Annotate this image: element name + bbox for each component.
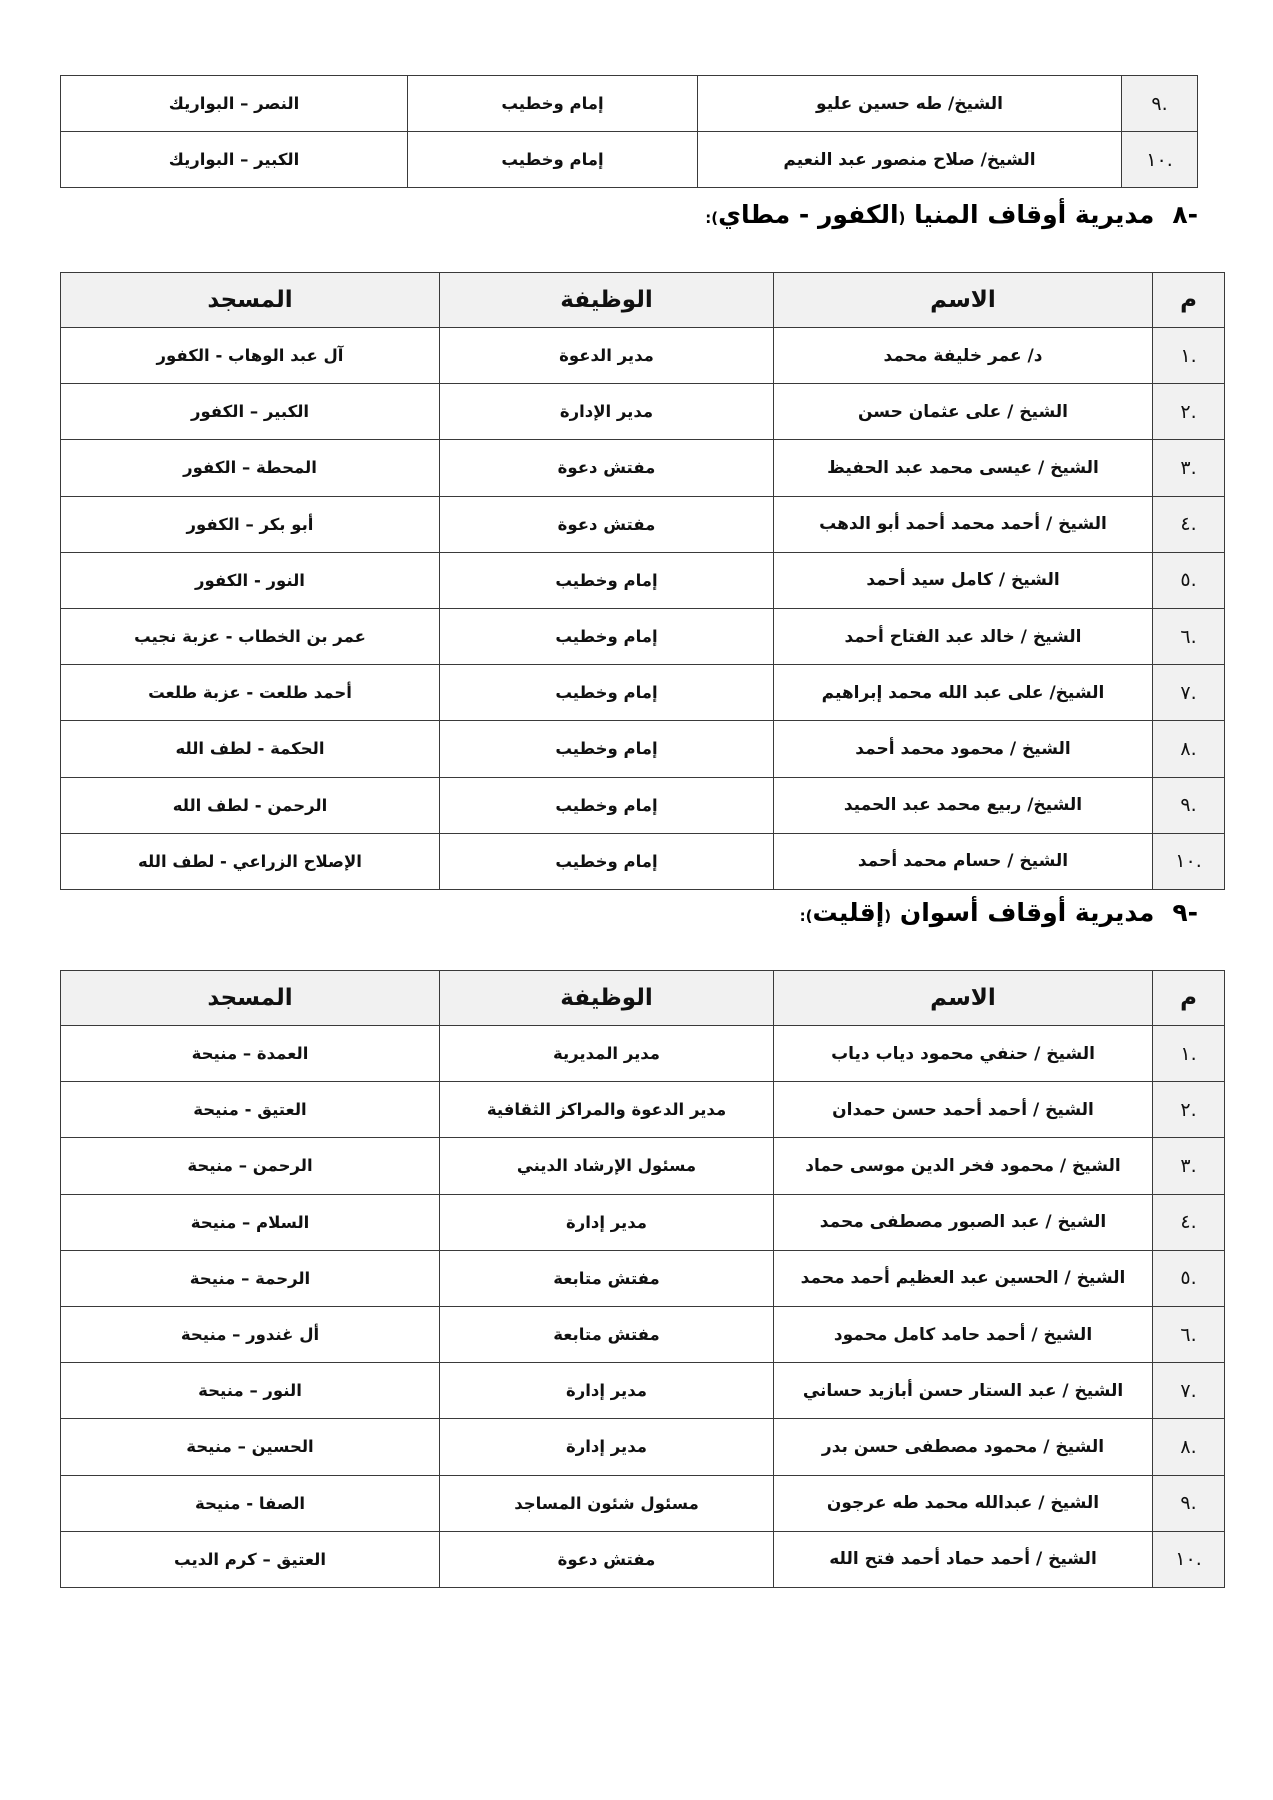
mosque-name: النور - الكفور xyxy=(61,552,440,608)
job-title: إمام وخطيب xyxy=(408,76,698,132)
table-row: .٧ الشيخ/ على عبد الله محمد إبراهيم إمام… xyxy=(61,665,1225,721)
person-name: الشيخ / حنفي محمود دياب دياب xyxy=(774,1026,1153,1082)
header-mosque: المسجد xyxy=(61,273,440,328)
person-name: الشيخ / كامل سيد أحمد xyxy=(774,552,1153,608)
table-row: .٢ الشيخ / على عثمان حسن مدير الإدارة ال… xyxy=(61,384,1225,440)
minya-staff-table: م الاسم الوظيفة المسجد .١ د/ عمر خليفة م… xyxy=(60,272,1225,890)
job-title: إمام وخطيب xyxy=(440,777,774,833)
job-title: مسئول الإرشاد الديني xyxy=(440,1138,774,1194)
mosque-name: الكبير – البواريك xyxy=(61,132,408,188)
header-job: الوظيفة xyxy=(440,971,774,1026)
job-title: مدير إدارة xyxy=(440,1194,774,1250)
paren-open: ( xyxy=(899,209,906,227)
person-name: الشيخ/ طه حسين عليو xyxy=(698,76,1122,132)
row-number: .٣ xyxy=(1153,440,1225,496)
row-number: .٧ xyxy=(1153,665,1225,721)
job-title: مدير المديرية xyxy=(440,1026,774,1082)
person-name: الشيخ / محمود محمد أحمد xyxy=(774,721,1153,777)
mosque-name: الرحمة – منيحة xyxy=(61,1250,440,1306)
job-title: إمام وخطيب xyxy=(440,833,774,889)
person-name: الشيخ / أحمد حماد أحمد فتح الله xyxy=(774,1531,1153,1587)
job-title: مفتش دعوة xyxy=(440,440,774,496)
table-row: .٧ الشيخ / عبد الستار حسن أبازيد حساني م… xyxy=(61,1363,1225,1419)
section-title: مديرية أوقاف المنيا xyxy=(914,200,1154,229)
table-row: .٦ الشيخ / خالد عبد الفتاح أحمد إمام وخط… xyxy=(61,608,1225,664)
mosque-name: الرحمن - لطف الله xyxy=(61,777,440,833)
table-row: .٥ الشيخ / كامل سيد أحمد إمام وخطيب النو… xyxy=(61,552,1225,608)
section-title: مديرية أوقاف أسوان xyxy=(900,898,1154,927)
row-number: .١٠ xyxy=(1122,132,1198,188)
job-title: مدير الدعوة xyxy=(440,328,774,384)
mosque-name: الحسين – منيحة xyxy=(61,1419,440,1475)
header-number: م xyxy=(1153,971,1225,1026)
person-name: الشيخ / عبدالله محمد طه عرجون xyxy=(774,1475,1153,1531)
table-row: .١ الشيخ / حنفي محمود دياب دياب مدير الم… xyxy=(61,1026,1225,1082)
row-number: .٤ xyxy=(1153,496,1225,552)
person-name: الشيخ / أحمد أحمد حسن حمدان xyxy=(774,1082,1153,1138)
job-title: مفتش دعوة xyxy=(440,496,774,552)
job-title: مدير الإدارة xyxy=(440,384,774,440)
table-row: .٨ الشيخ / محمود مصطفى حسن بدر مدير إدار… xyxy=(61,1419,1225,1475)
table-header-row: م الاسم الوظيفة المسجد xyxy=(61,273,1225,328)
person-name: الشيخ / أحمد محمد أحمد أبو الدهب xyxy=(774,496,1153,552)
job-title: إمام وخطيب xyxy=(440,665,774,721)
header-mosque: المسجد xyxy=(61,971,440,1026)
table-row: .٤ الشيخ / أحمد محمد أحمد أبو الدهب مفتش… xyxy=(61,496,1225,552)
job-title: مفتش متابعة xyxy=(440,1250,774,1306)
row-number: .٩ xyxy=(1153,777,1225,833)
row-number: .٦ xyxy=(1153,608,1225,664)
row-number: .٥ xyxy=(1153,552,1225,608)
mosque-name: أحمد طلعت - عزبة طلعت xyxy=(61,665,440,721)
person-name: د/ عمر خليفة محمد xyxy=(774,328,1153,384)
mosque-name: الإصلاح الزراعي - لطف الله xyxy=(61,833,440,889)
person-name: الشيخ / حسام محمد أحمد xyxy=(774,833,1153,889)
mosque-name: السلام – منيحة xyxy=(61,1194,440,1250)
row-number: .٤ xyxy=(1153,1194,1225,1250)
person-name: الشيخ / محمود مصطفى حسن بدر xyxy=(774,1419,1153,1475)
table-row: .٣ الشيخ / محمود فخر الدين موسى حماد مسئ… xyxy=(61,1138,1225,1194)
section-number: -٩ xyxy=(1172,898,1198,927)
mosque-name: المحطة – الكفور xyxy=(61,440,440,496)
paren-close: ): xyxy=(705,209,718,227)
person-name: الشيخ/ على عبد الله محمد إبراهيم xyxy=(774,665,1153,721)
table-row: .٥ الشيخ / الحسين عبد العظيم أحمد محمد م… xyxy=(61,1250,1225,1306)
person-name: الشيخ / عبد الصبور مصطفى محمد xyxy=(774,1194,1153,1250)
person-name: الشيخ/ ربيع محمد عبد الحميد xyxy=(774,777,1153,833)
table-row: .٩ الشيخ/ طه حسين عليو إمام وخطيب النصر … xyxy=(61,76,1198,132)
paren-close: ): xyxy=(800,907,813,925)
mosque-name: آل عبد الوهاب - الكفور xyxy=(61,328,440,384)
row-number: .١ xyxy=(1153,1026,1225,1082)
job-title: إمام وخطيب xyxy=(440,608,774,664)
job-title: إمام وخطيب xyxy=(440,552,774,608)
table-row: .٢ الشيخ / أحمد أحمد حسن حمدان مدير الدع… xyxy=(61,1082,1225,1138)
paren-open: ( xyxy=(884,907,891,925)
section-heading-aswan: -٩مديرية أوقاف أسوان (إقليت): xyxy=(800,898,1198,927)
mosque-name: الرحمن – منيحة xyxy=(61,1138,440,1194)
job-title: مسئول شئون المساجد xyxy=(440,1475,774,1531)
job-title: إمام وخطيب xyxy=(440,721,774,777)
table-header-row: م الاسم الوظيفة المسجد xyxy=(61,971,1225,1026)
mosque-name: أبو بكر – الكفور xyxy=(61,496,440,552)
person-name: الشيخ / أحمد حامد كامل محمود xyxy=(774,1306,1153,1362)
job-title: إمام وخطيب xyxy=(408,132,698,188)
person-name: الشيخ / عيسى محمد عبد الحفيظ xyxy=(774,440,1153,496)
row-number: .٦ xyxy=(1153,1306,1225,1362)
row-number: .٩ xyxy=(1122,76,1198,132)
person-name: الشيخ / على عثمان حسن xyxy=(774,384,1153,440)
job-title: مدير إدارة xyxy=(440,1363,774,1419)
person-name: الشيخ / خالد عبد الفتاح أحمد xyxy=(774,608,1153,664)
section-heading-minya: -٨مديرية أوقاف المنيا (الكفور - مطاي): xyxy=(705,200,1198,229)
header-number: م xyxy=(1153,273,1225,328)
mosque-name: الصفا - منيحة xyxy=(61,1475,440,1531)
row-number: .٢ xyxy=(1153,384,1225,440)
header-name: الاسم xyxy=(774,273,1153,328)
job-title: مفتش دعوة xyxy=(440,1531,774,1587)
person-name: الشيخ/ صلاح منصور عبد النعيم xyxy=(698,132,1122,188)
mosque-name: العتيق – كرم الديب xyxy=(61,1531,440,1587)
section-subtitle: الكفور - مطاي xyxy=(718,200,898,229)
section-number: -٨ xyxy=(1172,200,1198,229)
table-row: .١٠ الشيخ/ صلاح منصور عبد النعيم إمام وخ… xyxy=(61,132,1198,188)
job-title: مدير الدعوة والمراكز الثقافية xyxy=(440,1082,774,1138)
row-number: .٣ xyxy=(1153,1138,1225,1194)
row-number: .٧ xyxy=(1153,1363,1225,1419)
person-name: الشيخ / محمود فخر الدين موسى حماد xyxy=(774,1138,1153,1194)
section-subtitle: إقليت xyxy=(812,898,884,927)
mosque-name: الحكمة - لطف الله xyxy=(61,721,440,777)
row-number: .٨ xyxy=(1153,721,1225,777)
mosque-name: أل غندور – منيحة xyxy=(61,1306,440,1362)
job-title: مفتش متابعة xyxy=(440,1306,774,1362)
mosque-name: العمدة – منيحة xyxy=(61,1026,440,1082)
table-row: .٩ الشيخ/ ربيع محمد عبد الحميد إمام وخطي… xyxy=(61,777,1225,833)
row-number: .٥ xyxy=(1153,1250,1225,1306)
job-title: مدير إدارة xyxy=(440,1419,774,1475)
row-number: .٢ xyxy=(1153,1082,1225,1138)
person-name: الشيخ / عبد الستار حسن أبازيد حساني xyxy=(774,1363,1153,1419)
row-number: .٨ xyxy=(1153,1419,1225,1475)
mosque-name: النور – منيحة xyxy=(61,1363,440,1419)
mosque-name: النصر – البواريك xyxy=(61,76,408,132)
table-row: .١٠ الشيخ / حسام محمد أحمد إمام وخطيب ال… xyxy=(61,833,1225,889)
table-row: .٨ الشيخ / محمود محمد أحمد إمام وخطيب ال… xyxy=(61,721,1225,777)
row-number: .٩ xyxy=(1153,1475,1225,1531)
table-row: .١٠ الشيخ / أحمد حماد أحمد فتح الله مفتش… xyxy=(61,1531,1225,1587)
row-number: .١ xyxy=(1153,328,1225,384)
header-job: الوظيفة xyxy=(440,273,774,328)
table-row: .٣ الشيخ / عيسى محمد عبد الحفيظ مفتش دعو… xyxy=(61,440,1225,496)
mosque-name: عمر بن الخطاب - عزبة نجيب xyxy=(61,608,440,664)
table-row: .٦ الشيخ / أحمد حامد كامل محمود مفتش متا… xyxy=(61,1306,1225,1362)
header-name: الاسم xyxy=(774,971,1153,1026)
previous-section-table: .٩ الشيخ/ طه حسين عليو إمام وخطيب النصر … xyxy=(60,75,1198,188)
table-row: .١ د/ عمر خليفة محمد مدير الدعوة آل عبد … xyxy=(61,328,1225,384)
mosque-name: الكبير – الكفور xyxy=(61,384,440,440)
table-row: .٩ الشيخ / عبدالله محمد طه عرجون مسئول ش… xyxy=(61,1475,1225,1531)
person-name: الشيخ / الحسين عبد العظيم أحمد محمد xyxy=(774,1250,1153,1306)
mosque-name: العتيق - منيحة xyxy=(61,1082,440,1138)
aswan-staff-table: م الاسم الوظيفة المسجد .١ الشيخ / حنفي م… xyxy=(60,970,1225,1588)
row-number: .١٠ xyxy=(1153,833,1225,889)
row-number: .١٠ xyxy=(1153,1531,1225,1587)
table-row: .٤ الشيخ / عبد الصبور مصطفى محمد مدير إد… xyxy=(61,1194,1225,1250)
